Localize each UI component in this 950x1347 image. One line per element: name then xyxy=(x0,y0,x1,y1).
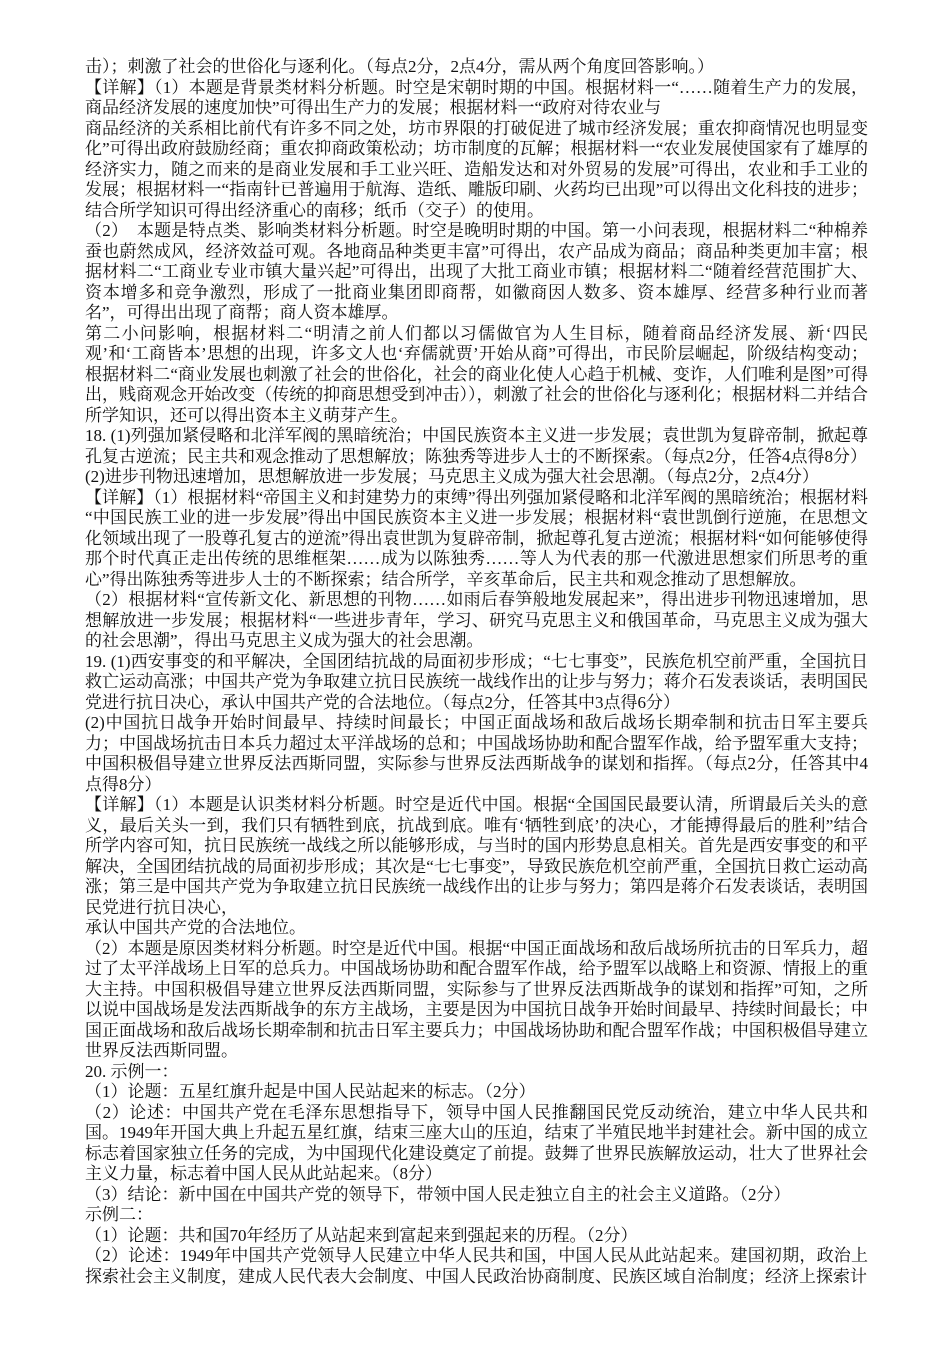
paragraph-4: （2） 本题是特点类、影响类材料分析题。时空是晚明时期的中国。第一小问表现，根据… xyxy=(85,221,868,324)
paragraph-8: 【详解】（1）根据材料“帝国主义和封建势力的束缚”得出列强加紧侵略和北洋军阀的黑… xyxy=(85,488,868,591)
paragraph-7: (2)进步刊物迅速增加，思想解放进一步发展；马克思主义成为强大社会思潮。（每点2… xyxy=(85,467,868,488)
paragraph-5: 第二小问影响，根据材料二“明清之前人们都以习儒做官为人生目标，随着商品经济发展、… xyxy=(85,324,868,427)
paragraph-14: （2）本题是原因类材料分析题。时空是近代中国。根据“中国正面战场和敌后战场所抗击… xyxy=(85,939,868,1062)
paragraph-1: 击）；刺激了社会的世俗化与逐利化。（每点2分，2点4分，需从两个角度回答影响。） xyxy=(85,57,868,78)
paragraph-11: (2)中国抗日战争开始时间最早、持续时间最长；中国正面战场和敌后战场长期牵制和抗… xyxy=(85,713,868,795)
paragraph-16: （1）论题：五星红旗升起是中国人民站起来的标志。（2分） xyxy=(85,1082,868,1103)
paragraph-15: 20. 示例一： xyxy=(85,1062,868,1083)
paragraph-3: 商品经济的关系相比前代有许多不同之处，坊市界限的打破促进了城市经济发展；重农抑商… xyxy=(85,119,868,222)
paragraph-10: 19. (1)西安事变的和平解决，全国团结抗战的局面初步形成；“七七事变”，民族… xyxy=(85,652,868,714)
answer-explanation-text: 击）；刺激了社会的世俗化与逐利化。（每点2分，2点4分，需从两个角度回答影响。）… xyxy=(85,57,868,1287)
document-page: 击）；刺激了社会的世俗化与逐利化。（每点2分，2点4分，需从两个角度回答影响。）… xyxy=(0,0,950,1347)
paragraph-6: 18. (1)列强加紧侵略和北洋军阀的黑暗统治；中国民族资本主义进一步发展；袁世… xyxy=(85,426,868,467)
paragraph-2: 【详解】（1）本题是背景类材料分析题。时空是宋朝时期的中国。根据材料一“……随着… xyxy=(85,78,868,119)
paragraph-17: （2）论述：中国共产党在毛泽东思想指导下，领导中国人民推翻国民党反动统治，建立中… xyxy=(85,1103,868,1185)
paragraph-19: 示例二： xyxy=(85,1205,868,1226)
paragraph-9: （2）根据材料“宣传新文化、新思想的刊物……如雨后春笋般地发展起来”，得出进步刊… xyxy=(85,590,868,652)
paragraph-13: 承认中国共产党的合法地位。 xyxy=(85,918,868,939)
paragraph-20: （1）论题：共和国70年经历了从站起来到富起来到强起来的历程。（2分） xyxy=(85,1226,868,1247)
paragraph-21: （2）论述：1949年中国共产党领导人民建立中华人民共和国，中国人民从此站起来。… xyxy=(85,1246,868,1287)
paragraph-18: （3）结论：新中国在中国共产党的领导下，带领中国人民走独立自主的社会主义道路。（… xyxy=(85,1185,868,1206)
paragraph-12: 【详解】（1）本题是认识类材料分析题。时空是近代中国。根据“全国国民最要认清，所… xyxy=(85,795,868,918)
